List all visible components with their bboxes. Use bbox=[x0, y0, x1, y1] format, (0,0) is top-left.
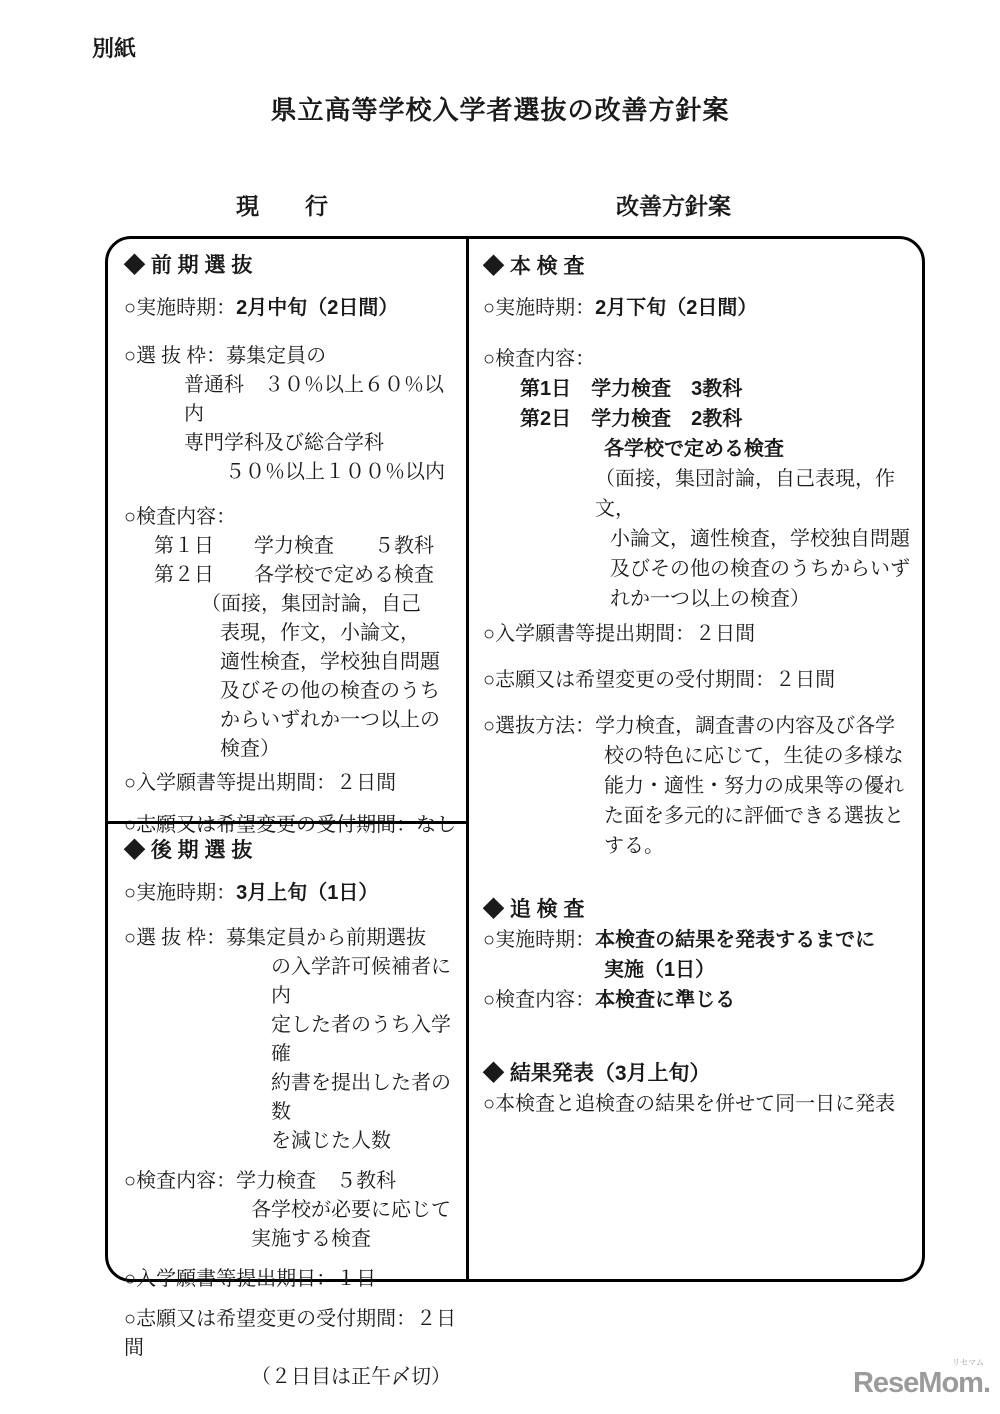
comparison-table: ◆ 前 期 選 抜 ○実施時期：2月中旬（2日間） ○選 抜 枠：募集定員の 普… bbox=[105, 236, 925, 1282]
text-line: 定した者のうち入学確 bbox=[124, 1011, 462, 1069]
zenki-senbatsu-item: ○選 抜 枠：募集定員の 普通科 ３０％以上６０％以内 専門学科及び総合学科 ５… bbox=[124, 342, 462, 487]
kekka-heading: ◆ 結果発表（3月上旬） bbox=[483, 1059, 914, 1089]
item-label: ○検査内容： bbox=[124, 503, 462, 532]
text-line: 能力・適性・努力の成果等の優れ bbox=[483, 771, 914, 801]
honkensa-heading: ◆ 本 検 査 bbox=[483, 252, 914, 282]
text-line: の入学許可候補者に内 bbox=[124, 953, 462, 1011]
text-line: 校の特色に応じて，生徒の多様な bbox=[483, 741, 914, 771]
text-line: （面接，集団討論，自己 bbox=[124, 590, 462, 619]
kouki-heading: ◆ 後 期 選 抜 bbox=[124, 836, 462, 866]
text-line: 表現，作文，小論文， bbox=[124, 619, 462, 648]
text-line: 第1日 学力検査 3教科 bbox=[483, 374, 914, 404]
section-kouki-senbatsu: ◆ 後 期 選 抜 ○実施時期：3月上旬（1日） ○選 抜 枠：募集定員から前期… bbox=[108, 821, 466, 1392]
text-line: ○選抜方法：学力検査，調査書の内容及び各学 bbox=[483, 711, 914, 741]
text-line: （面接，集団討論，自己表現，作文， bbox=[483, 464, 914, 524]
section-zenki-senbatsu: ◆ 前 期 選 抜 ○実施時期：2月中旬（2日間） ○選 抜 枠：募集定員の 普… bbox=[108, 239, 466, 821]
tsuikensa-jisshi-line: ○実施時期：本検査の結果を発表するまでに bbox=[483, 925, 914, 955]
text-line: 専門学科及び総合学科 bbox=[124, 429, 462, 458]
text-line: 各学校が必要に応じて bbox=[124, 1196, 462, 1225]
resemom-logo-text: ReseMom. bbox=[853, 1368, 990, 1398]
zenki-kensa-item: ○検査内容： 第１日 学力検査 ５教科 第２日 各学校で定める検査 （面接，集団… bbox=[124, 503, 462, 764]
text-line: 約書を提出した者の数 bbox=[124, 1069, 462, 1127]
honkensa-gansho-line: ○入学願書等提出期間：２日間 bbox=[483, 619, 914, 649]
text-line: 第２日 各学校で定める検査 bbox=[124, 561, 462, 590]
text-line: れか一つ以上の検査） bbox=[483, 584, 914, 614]
resemom-logo[interactable]: リセマム ReseMom. bbox=[878, 1358, 990, 1398]
text-line: する。 bbox=[483, 831, 914, 861]
text-line: 検査） bbox=[124, 735, 462, 764]
section-honkensa: ◆ 本 検 査 ○実施時期：2月下旬（2日間） ○検査内容： 第1日 学力検査 … bbox=[483, 252, 914, 861]
item-label: ○実施時期： bbox=[124, 297, 236, 319]
item-value: 本検査に準じる bbox=[595, 989, 735, 1011]
item-label: ○実施時期： bbox=[124, 882, 236, 904]
text-line: （２日目は正午〆切） bbox=[124, 1363, 462, 1392]
section-tsuikensa: ◆ 追 検 査 ○実施時期：本検査の結果を発表するまでに 実施（1日） ○検査内… bbox=[483, 895, 914, 1015]
honkensa-houhou-item: ○選抜方法：学力検査，調査書の内容及び各学 校の特色に応じて，生徒の多様な 能力… bbox=[483, 711, 914, 861]
kouki-gansho-line: ○入学願書等提出期日：１日 bbox=[124, 1265, 462, 1294]
honkensa-kensa-item: ○検査内容： 第1日 学力検査 3教科 第2日 学力検査 2教科 各学校で定める… bbox=[483, 344, 914, 614]
item-value: 本検査の結果を発表するまでに bbox=[595, 929, 875, 951]
kouki-shigan-item: ○志願又は希望変更の受付期間：２日間 （２日目は正午〆切） bbox=[124, 1305, 462, 1392]
text-line: ○選 抜 枠：募集定員の bbox=[124, 342, 462, 371]
item-value: 2月中旬（2日間） bbox=[236, 297, 398, 319]
item-label: ○実施時期： bbox=[483, 929, 595, 951]
document-page: 別紙 県立高等学校入学者選抜の改善方針案 現 行 改善方針案 ◆ 前 期 選 抜… bbox=[0, 0, 1000, 1414]
current-column: ◆ 前 期 選 抜 ○実施時期：2月中旬（2日間） ○選 抜 枠：募集定員の 普… bbox=[108, 239, 469, 1279]
kekka-body-line: ○本検査と追検査の結果を併せて同一日に発表 bbox=[483, 1089, 914, 1119]
item-value: 2月下旬（2日間） bbox=[595, 297, 757, 319]
text-line: ５０％以上１００％以内 bbox=[124, 458, 462, 487]
text-line: 各学校で定める検査 bbox=[483, 434, 914, 464]
text-line: からいずれか一つ以上の bbox=[124, 706, 462, 735]
zenki-gansho-line: ○入学願書等提出期間：２日間 bbox=[124, 769, 462, 798]
item-value: 3月上旬（1日） bbox=[236, 882, 378, 904]
item-label: ○検査内容： bbox=[483, 344, 914, 374]
text-line: ○選 抜 枠：募集定員から前期選抜 bbox=[124, 924, 462, 953]
tsuikensa-heading: ◆ 追 検 査 bbox=[483, 895, 914, 925]
item-label: ○検査内容： bbox=[483, 989, 595, 1011]
text-line: 普通科 ３０％以上６０％以内 bbox=[124, 371, 462, 429]
text-line: ○検査内容：学力検査 ５教科 bbox=[124, 1167, 462, 1196]
honkensa-shigan-line: ○志願又は希望変更の受付期間：２日間 bbox=[483, 665, 914, 695]
text-line: 及びその他の検査のうちからいず bbox=[483, 554, 914, 584]
zenki-heading: ◆ 前 期 選 抜 bbox=[124, 251, 462, 281]
column-header-plan: 改善方針案 bbox=[616, 188, 731, 221]
text-line: ○志願又は希望変更の受付期間：２日間 bbox=[124, 1305, 462, 1363]
item-value: 学力検査，調査書の内容及び各学 bbox=[595, 715, 895, 737]
column-header-current: 現 行 bbox=[236, 188, 328, 221]
text-line: を減じた人数 bbox=[124, 1127, 462, 1156]
text-line: 及びその他の検査のうち bbox=[124, 677, 462, 706]
text-line: 小論文，適性検査，学校独自問題 bbox=[483, 524, 914, 554]
text-line: た面を多元的に評価できる選抜と bbox=[483, 801, 914, 831]
kouki-senbatsu-item: ○選 抜 枠：募集定員から前期選抜 の入学許可候補者に内 定した者のうち入学確 … bbox=[124, 924, 462, 1156]
item-label: ○選抜方法： bbox=[483, 715, 595, 737]
kouki-kensa-item: ○検査内容：学力検査 ５教科 各学校が必要に応じて 実施する検査 bbox=[124, 1167, 462, 1254]
zenki-jisshi-line: ○実施時期：2月中旬（2日間） bbox=[124, 294, 462, 323]
section-kekka: ◆ 結果発表（3月上旬） ○本検査と追検査の結果を併せて同一日に発表 bbox=[483, 1059, 914, 1119]
text-line: 実施する検査 bbox=[124, 1225, 462, 1254]
text-line: 実施（1日） bbox=[483, 955, 914, 985]
tsuikensa-kensa-line: ○検査内容：本検査に準じる bbox=[483, 985, 914, 1015]
plan-column: ◆ 本 検 査 ○実施時期：2月下旬（2日間） ○検査内容： 第1日 学力検査 … bbox=[469, 239, 922, 1279]
item-label: ○実施時期： bbox=[483, 297, 595, 319]
text-line: 第１日 学力検査 ５教科 bbox=[124, 532, 462, 561]
text-line: 第2日 学力検査 2教科 bbox=[483, 404, 914, 434]
page-title: 県立高等学校入学者選抜の改善方針案 bbox=[0, 90, 1000, 127]
text-line: 適性検査，学校独自問題 bbox=[124, 648, 462, 677]
honkensa-jisshi-line: ○実施時期：2月下旬（2日間） bbox=[483, 293, 914, 323]
kouki-jisshi-line: ○実施時期：3月上旬（1日） bbox=[124, 879, 462, 908]
attachment-label: 別紙 bbox=[92, 32, 136, 63]
